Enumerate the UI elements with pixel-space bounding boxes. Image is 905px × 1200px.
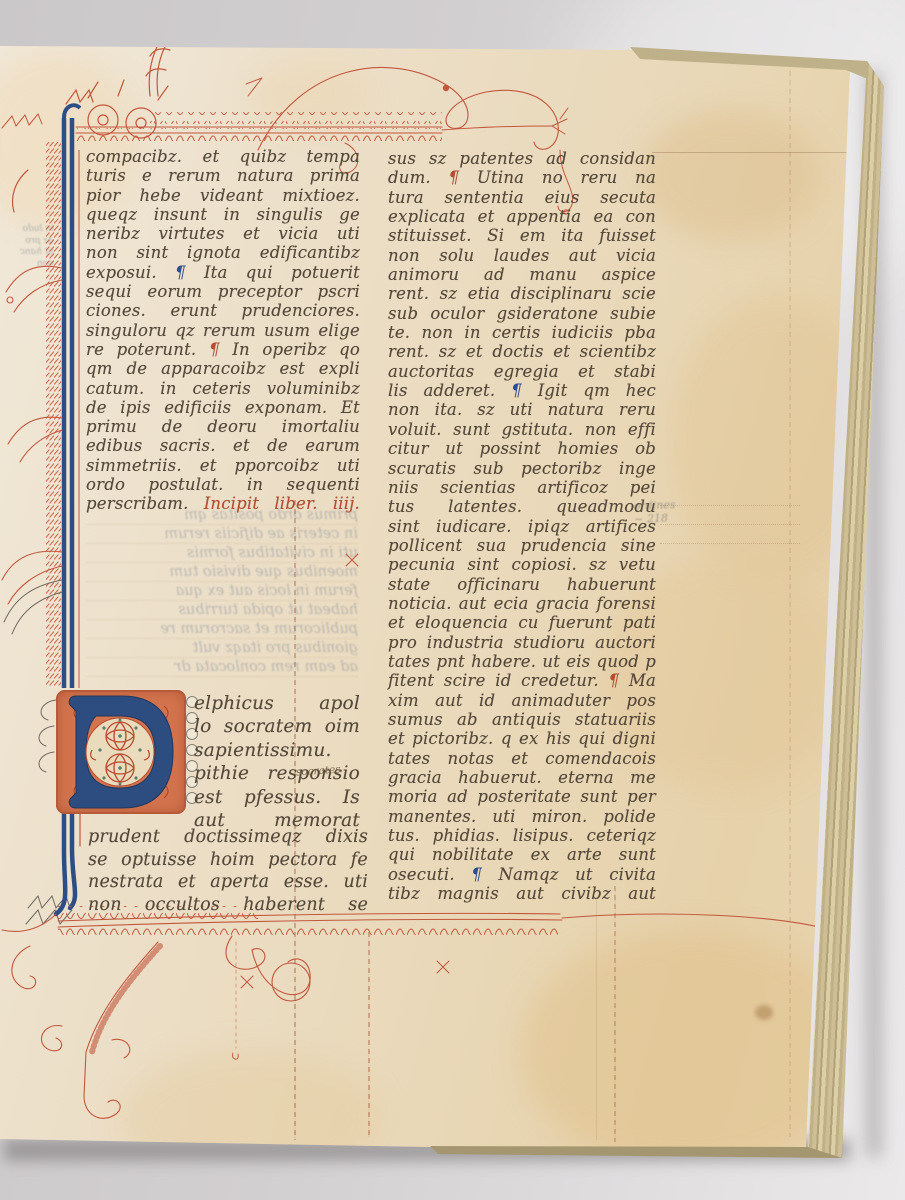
text-line: est pfessus. Is (194, 786, 360, 809)
text-line: rent. sz etia disciplinaru scie (388, 284, 656, 303)
text-line: perscribam. Incipit liber. iiij. (86, 494, 360, 513)
text-line: te. non in certis iudiciis pba (388, 323, 656, 342)
text-line: tibz magnis aut civibz aut (388, 884, 656, 903)
text-line: de ipis edificiis exponam. Et (86, 398, 360, 417)
text-line: ~ 218 (634, 511, 676, 525)
text-line: state officinaru habuerunt (388, 575, 656, 594)
text-line: non occultos haberent se (88, 894, 368, 917)
initial-letter-art (56, 690, 186, 814)
text-line: pollicent sua prudencia sine (388, 536, 656, 555)
text-line: sub oculor gsideratone subie (388, 304, 656, 323)
text-line: sapientissimu. (194, 739, 360, 762)
text-line: elphicus apol (194, 692, 360, 715)
text-line: queqz insunt in singulis ge (86, 205, 360, 224)
text-line: xim aut id animaduter pos (388, 691, 656, 710)
text-line: tates notas et comendacois (388, 749, 656, 768)
text-line: catum. in ceteris voluminibz (86, 379, 360, 398)
left-text-column: compacibz. et quibz tempaturis e rerum n… (86, 147, 360, 514)
text-line: animoru ad manu aspice (388, 265, 656, 284)
right-text-column: sus sz patentes ad considandum. ¶ Utina … (388, 149, 656, 903)
text-line: singuloru qz rerum usum elige (86, 321, 360, 340)
text-line: sumus ab antiquis statuariis (388, 710, 656, 729)
text-line: moria ad posteritate sunt per (388, 787, 656, 806)
text-line: non solu laudes aut vicia (388, 246, 656, 265)
text-line: primu de deoru imortaliu (86, 417, 360, 436)
text-line: citur ut possint homies ob (388, 439, 656, 458)
text-line: voluit. sunt gstituta. non effi (388, 420, 656, 439)
text-line: re poterunt. ¶ In operibz qo (86, 340, 360, 359)
text-line: nestrata et aperta esse. uti (88, 871, 368, 894)
text-line: lo socratem oim (194, 715, 360, 738)
text-line: turis e rerum natura prima (86, 166, 360, 185)
photo-backdrop: primus ordo positas qmin ceteris ae difi… (0, 0, 905, 1200)
text-line: qm de apparacoibz est expli (86, 359, 360, 378)
text-line: noticia. aut ecia gracia forensi (388, 594, 656, 613)
text-line: edibus sacris. et de earum (86, 436, 360, 455)
full-width-lines: prudent doctissimeqz dixisse optuisse ho… (88, 826, 368, 916)
text-line: stituisset. Si em ita fuisset (388, 226, 656, 245)
text-line: fitent scire id credetur. ¶ Ma (388, 671, 656, 690)
text-line: non sint ignota edificantibz (86, 243, 360, 262)
text-line: neribz virtutes et vicia uti (86, 224, 360, 243)
text-line: rent. sz et doctis et scientibz (388, 342, 656, 361)
manuscript-page: primus ordo positas qmin ceteris ae difi… (0, 0, 905, 1200)
text-line: tates pnt habere. ut eis quod p (388, 652, 656, 671)
text-line: ordo postulat. in sequenti (86, 475, 360, 494)
text-line: tus. phidias. lisipus. ceteriqz (388, 826, 656, 845)
text-line: et pictoribz. q ex his qui digni (388, 729, 656, 748)
text-line: auctoritas egregia et stabi (388, 362, 656, 381)
text-line: non ita. sz uti natura reru (388, 400, 656, 419)
text-line: pecunia sint copiosi. sz vetu (388, 555, 656, 574)
text-line: dum. ¶ Utina no reru na (388, 168, 656, 187)
left-border-bar (46, 105, 80, 688)
text-line: simmetriis. et pporcoibz uti (86, 456, 360, 475)
text-line: ordines (634, 498, 676, 512)
text-line: sequi eorum preceptor pscri (86, 282, 360, 301)
text-line: lis adderet. ¶ Igit qm hec (388, 381, 656, 400)
text-line: et eloquencia cu fuerunt pati (388, 613, 656, 632)
text-line: scuratis sub pectoribz inge (388, 459, 656, 478)
text-line: exposui. ¶ Ita qui potuerit (86, 263, 360, 282)
decorated-initial-d (56, 690, 186, 814)
text-line: se optuisse hoim pectora fe (88, 849, 368, 872)
initial-adjacent-lines: elphicus apollo socratem oimsapientissim… (194, 692, 360, 832)
text-line: ciones. erunt prudenciores. (86, 301, 360, 320)
text-line: explicata et appentia ea con (388, 207, 656, 226)
text-line: niis scientias artificoz pei (388, 478, 656, 497)
text-line: manentes. uti miron. polide (388, 807, 656, 826)
faint-marginal-inscription: ordines~ 218 (634, 498, 677, 525)
text-line: prudent doctissimeqz dixis (88, 826, 368, 849)
text-line: gracia habuerut. eterna me (388, 768, 656, 787)
text-line: sint iudicare. ipiqz artifices (388, 517, 656, 536)
text-line: qui nobilitate ex arte sunt (388, 845, 656, 864)
text-line: osecuti. ¶ Namqz ut civita (388, 865, 656, 884)
text-line: pro industria studioru auctori (388, 633, 656, 652)
text-line: sus sz patentes ad considan (388, 149, 656, 168)
text-line: pior hebe videant mixtioez. (86, 186, 360, 205)
text-line: compacibz. et quibz tempa (86, 147, 360, 166)
text-line: tus latentes. queadmodu (388, 497, 656, 516)
text-line: tura sententia eius secuta (388, 188, 656, 207)
